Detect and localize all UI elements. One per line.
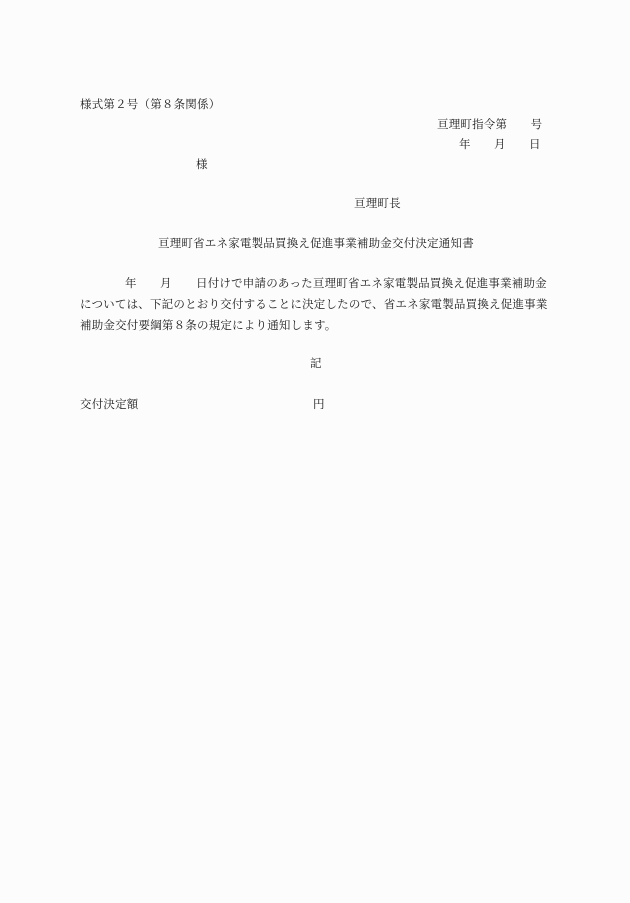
date-day-label: 日 — [529, 137, 541, 151]
document-title: 亘理町省エネ家電製品買換え促進事業補助金交付決定通知書 — [158, 236, 474, 250]
date-month-label: 月 — [494, 137, 506, 151]
instruction-number: 亘理町指令第 号 — [437, 117, 542, 131]
body-text-line-1: 日付けで申請のあった亘理町省エネ家電製品買換え促進事業補助金 — [196, 276, 547, 290]
amount-label: 交付決定額 — [80, 397, 139, 411]
amount-unit: 円 — [313, 397, 325, 411]
body-text-line-2: については、下記のとおり交付することに決定したので、省エネ家電製品買換え促進事業 — [80, 297, 548, 311]
recipient-honorific: 様 — [196, 157, 208, 171]
body-text-line-3: 補助金交付要綱第８条の規定により通知します。 — [80, 318, 336, 332]
form-number: 様式第２号（第８条関係） — [80, 97, 220, 111]
body-year-label: 年 — [125, 276, 137, 290]
document-page: 様式第２号（第８条関係） 亘理町指令第 号 年 月 日 様 亘理町長 亘理町省エ… — [0, 0, 630, 903]
date-year-label: 年 — [459, 137, 471, 151]
ki-heading: 記 — [310, 356, 322, 370]
issuer-name: 亘理町長 — [354, 196, 401, 210]
body-month-label: 月 — [160, 276, 172, 290]
